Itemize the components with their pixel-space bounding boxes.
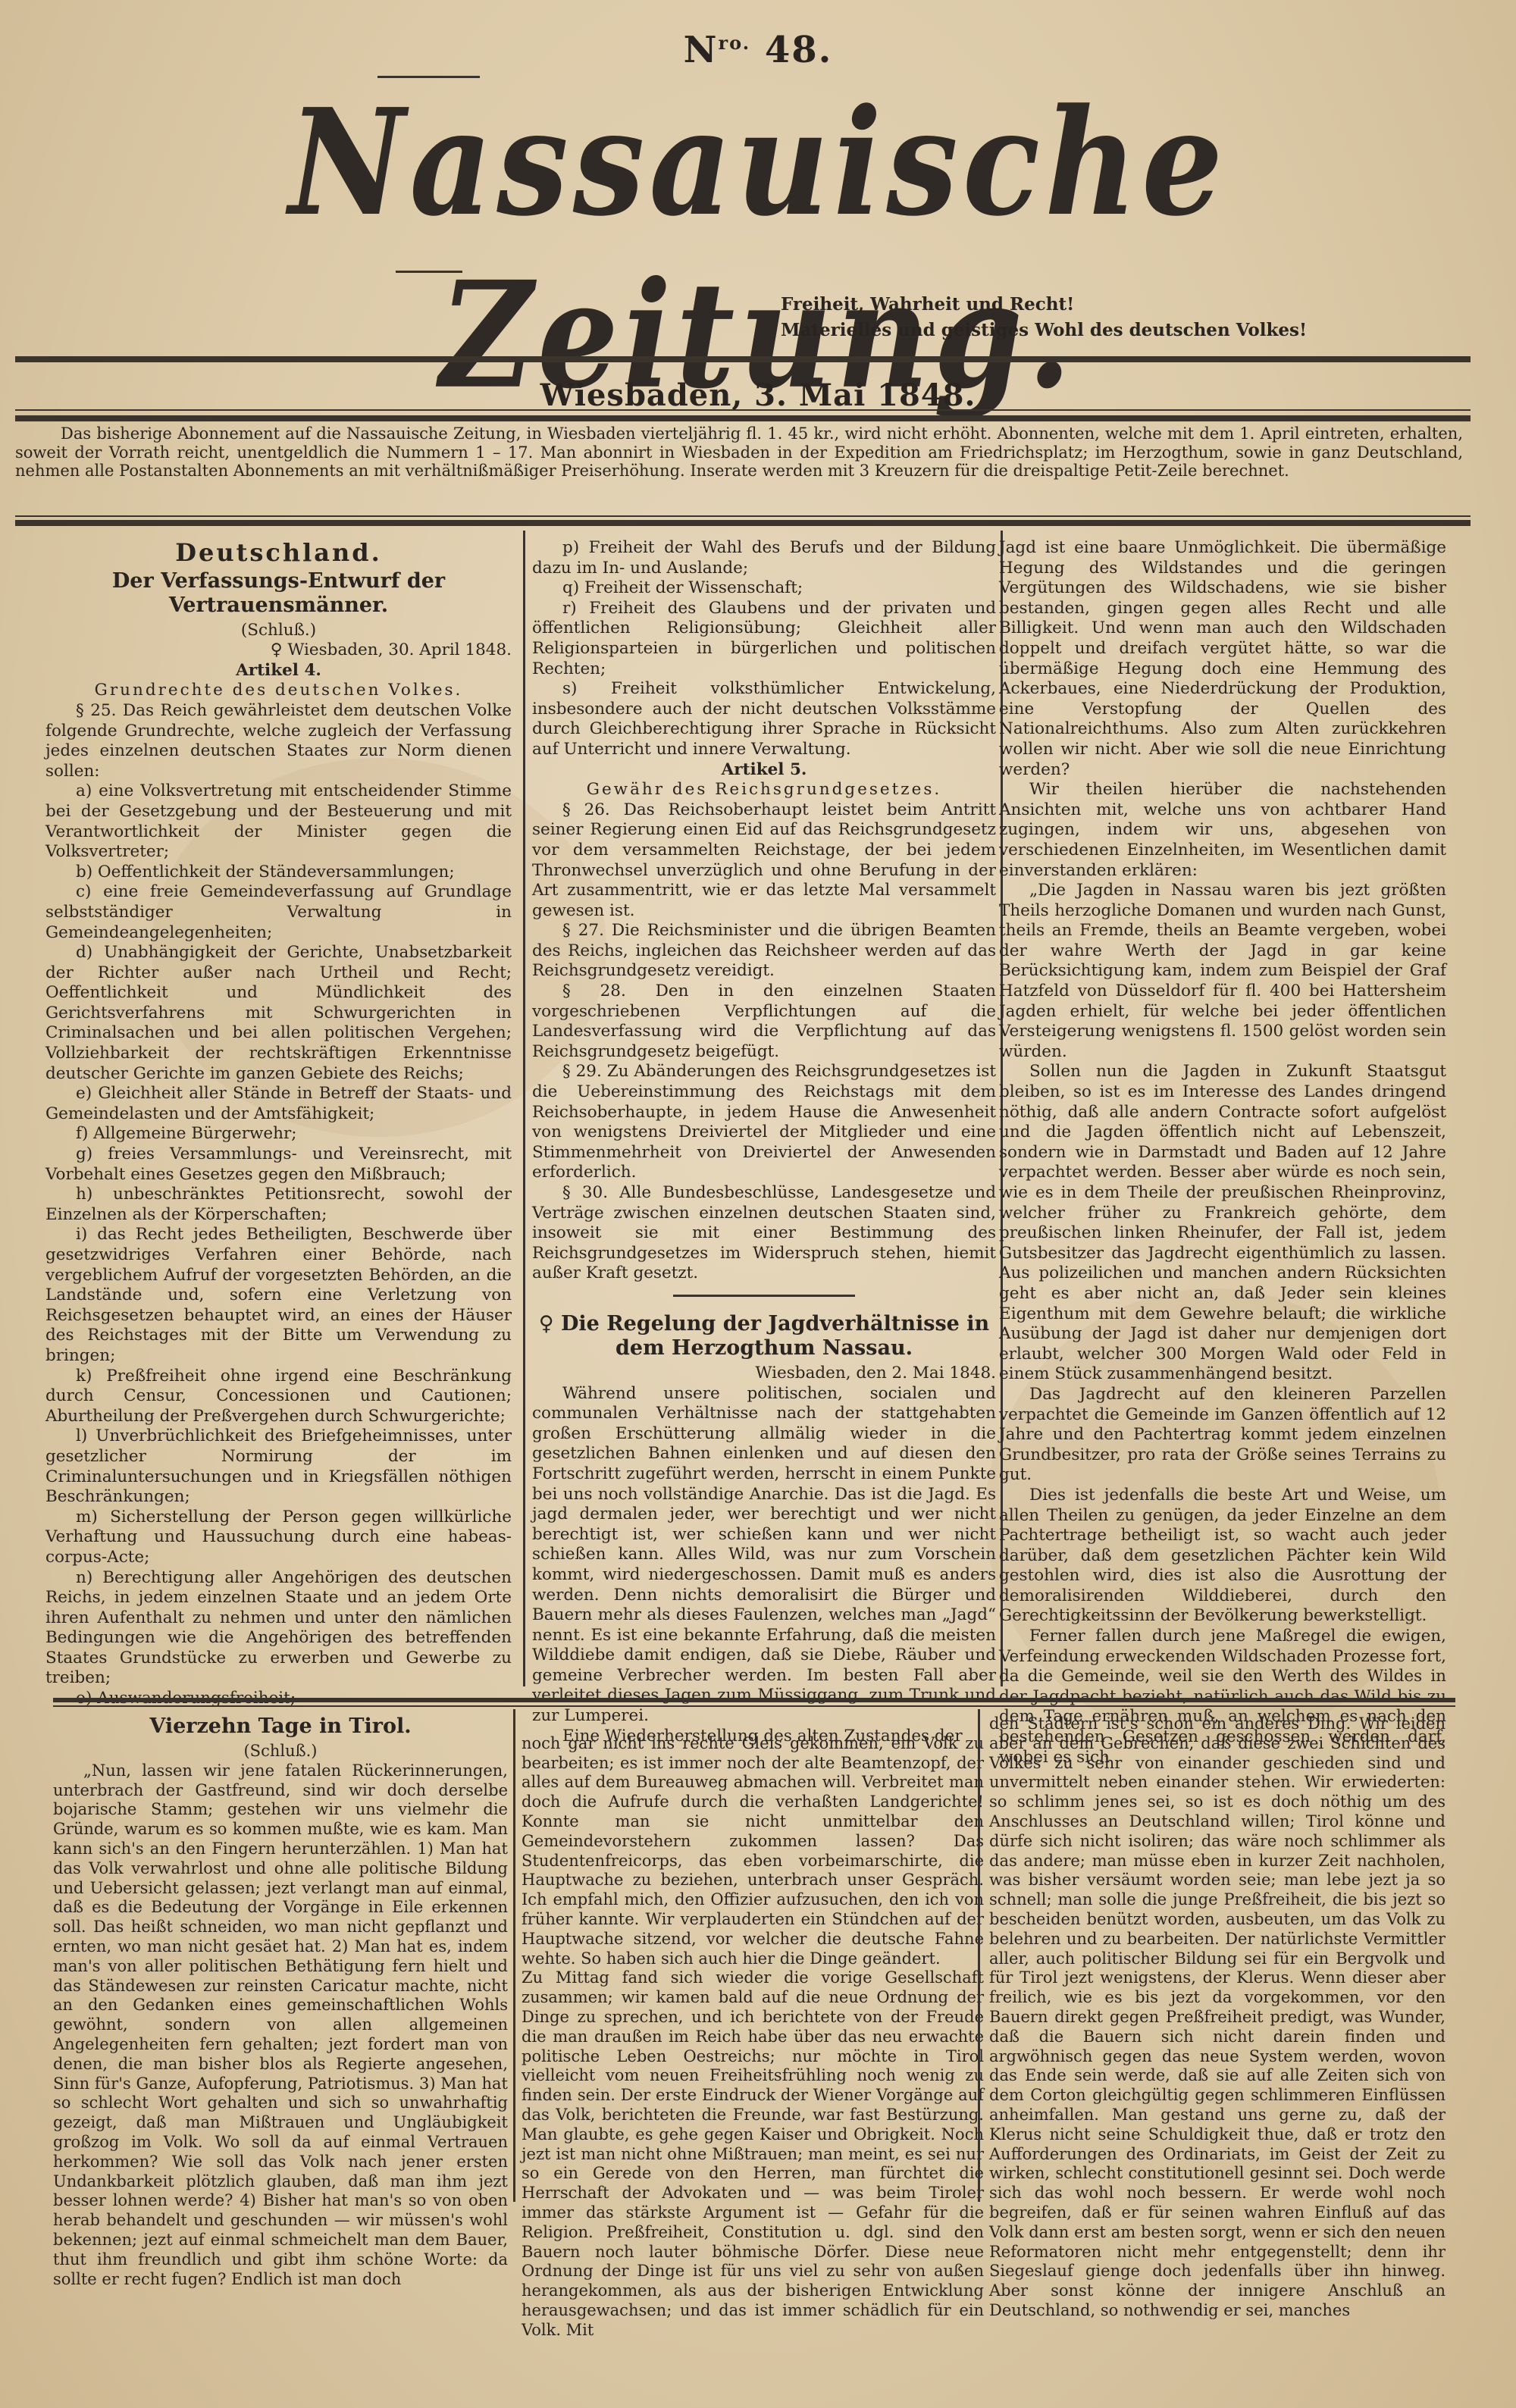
paragraph: § 25. Das Reich gewährleistet dem deutsc… [45,701,512,781]
paragraph: k) Preßfreiheit ohne irgend eine Beschrä… [45,1367,512,1427]
section-heading: Deutschland. [45,543,512,563]
column-3: Jagd ist eine baare Unmöglichkeit. Die ü… [999,538,1446,1768]
feuilleton-rule [53,1698,1455,1702]
column-2: p) Freiheit der Wahl des Berufs und der … [532,538,996,1746]
motto: Freiheit, Wahrheit und Recht! Materielle… [781,292,1307,343]
newspaper-page: Nro. 48. Nassauische Zeitung. Freiheit, … [0,0,1516,2408]
article-heading: Artikel 4. [45,661,512,681]
paragraph: m) Sicherstellung der Person gegen willk… [45,1508,512,1568]
masthead-title: Nassauische Zeitung. [0,76,1516,421]
paragraph: Das Jagdrecht auf den kleineren Parzelle… [999,1385,1446,1486]
section-rule [15,520,1471,526]
paragraph: i) das Recht jedes Betheiligten, Beschwe… [45,1225,512,1366]
paragraph: f) Allgemeine Bürgerwehr; [45,1124,512,1145]
paragraph: p) Freiheit der Wahl des Berufs und der … [532,538,996,578]
paragraph: § 30. Alle Bundesbeschlüsse, Landesgeset… [532,1183,996,1284]
feuilleton-column-2: noch gar nicht ins rechte Gleis gekommen… [522,1714,984,2359]
paragraph: § 27. Die Reichsminister und die übrigen… [532,921,996,982]
paragraph: „Nun, lassen wir jene fatalen Rückerinne… [53,1761,508,2290]
dateline: Wiesbaden, 3. Mai 1848. [0,377,1516,413]
paragraph: d) Unabhängigkeit der Gerichte, Unabsetz… [45,943,512,1084]
feuilleton-title: Vierzehn Tage in Tirol. [53,1714,508,1739]
feuilleton-column-1: Vierzehn Tage in Tirol. (Schluß.) „Nun, … [53,1714,508,2289]
paragraph: r) Freiheit des Glaubens und der private… [532,599,996,679]
article-separator [673,1295,855,1297]
paragraph: § 28. Den in den einzelnen Staaten vorge… [532,982,996,1062]
article-title: ♀ Die Regelung der Jagdverhältnisse in d… [532,1312,996,1361]
paragraph: h) unbeschränktes Petitionsrecht, sowohl… [45,1185,512,1225]
paragraph: Wir theilen hierüber die nachstehenden A… [999,780,1446,881]
paragraph: noch gar nicht ins rechte Gleis gekommen… [522,1734,984,2341]
column-rule [513,1709,515,2202]
paragraph: § 29. Zu Abänderungen des Reichsgrundges… [532,1062,996,1183]
paragraph: den Städtern ist's schon ein anderes Din… [989,1714,1446,2321]
section-rule [15,515,1471,517]
divider [396,271,462,273]
column-rule [978,1709,980,2202]
subscription-notice: Das bisherige Abonnement auf die Nassaui… [15,424,1463,481]
article-heading: Artikel 5. [532,760,996,781]
dateline-rule [15,409,1471,411]
dateline-rule [15,415,1471,421]
paragraph: Dies ist jedenfalls die beste Art und We… [999,1486,1446,1627]
paragraph: a) eine Volksvertretung mit entscheidend… [45,781,512,862]
article-subheading: Grundrechte des deutschen Volkes. [45,681,512,701]
article-subtitle: (Schluß.) [45,621,512,641]
paragraph: b) Oeffentlichkeit der Ständeversammlung… [45,863,512,883]
article-subheading: Gewähr des Reichsgrundgesetzes. [532,780,996,800]
feuilleton-column-3: den Städtern ist's schon ein anderes Din… [989,1714,1446,2321]
column-rule [523,531,525,1686]
paragraph: Jagd ist eine baare Unmöglichkeit. Die ü… [999,538,1446,780]
article-dateline: Wiesbaden, den 2. Mai 1848. [532,1364,996,1384]
paragraph: l) Unverbrüchlichkeit des Briefgeheimnis… [45,1426,512,1507]
paragraph: q) Freiheit der Wissenschaft; [532,578,996,599]
feuilleton-subtitle: (Schluß.) [53,1742,508,1761]
paragraph: § 26. Das Reichsoberhaupt leistet beim A… [532,800,996,922]
paragraph: e) Gleichheit aller Stände in Betreff de… [45,1084,512,1124]
paragraph: Sollen nun die Jagden in Zukunft Staatsg… [999,1062,1446,1385]
article-title: Der Verfassungs-Entwurf der Vertrauensmä… [45,569,512,618]
article-dateline: ♀ Wiesbaden, 30. April 1848. [45,640,512,661]
paragraph: „Die Jagden in Nassau waren bis jezt grö… [999,881,1446,1062]
paragraph: Während unsere politischen, socialen und… [532,1384,996,1727]
feuilleton-rule [53,1705,1455,1707]
paragraph: c) eine freie Gemeindeverfassung auf Gru… [45,882,512,943]
masthead-rule [15,356,1471,362]
issue-number: Nro. 48. [0,29,1516,71]
column-1: Deutschland. Der Verfassungs-Entwurf der… [45,538,512,1709]
paragraph: s) Freiheit volksthümlicher Entwickelung… [532,679,996,759]
paragraph: g) freies Versammlungs- und Vereinsrecht… [45,1145,512,1185]
paragraph: n) Berechtigung aller Angehörigen des de… [45,1568,512,1689]
